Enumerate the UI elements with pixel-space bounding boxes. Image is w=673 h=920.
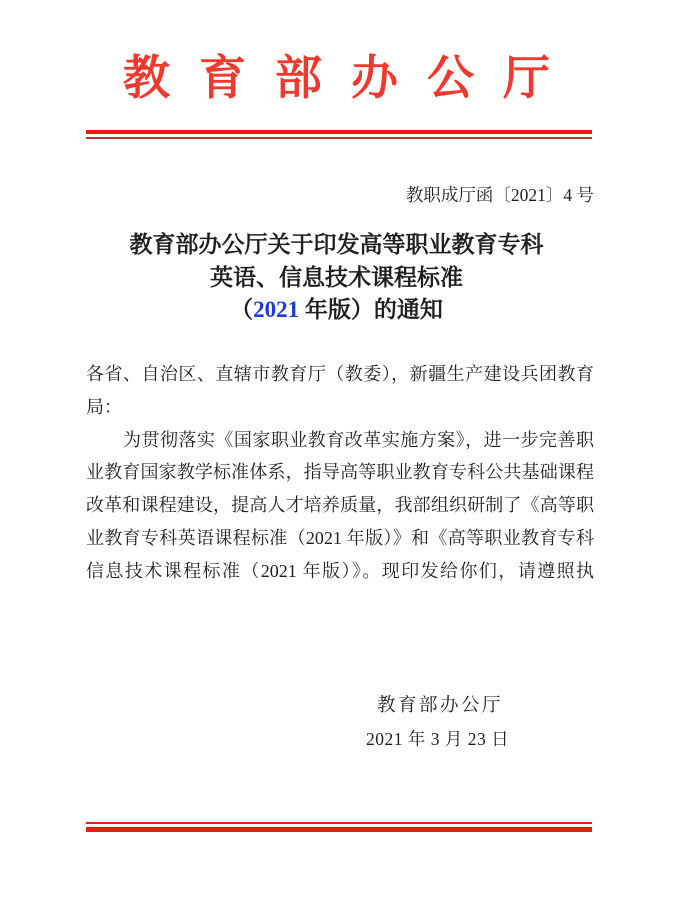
notice-title-line1: 教育部办公厅关于印发高等职业教育专科 [0, 229, 673, 262]
salutation-line: 局： [86, 391, 594, 424]
document-page: 教育部办公厅 教职成厅函〔2021〕4 号 教育部办公厅关于印发高等职业教育专科… [0, 0, 673, 920]
paragraph-line: 业教育国家教学标准体系，指导高等职业教育专科公共基础课程 [86, 456, 594, 489]
notice-title-line3: （2021 年版）的通知 [0, 294, 673, 327]
header-rule-thick [86, 130, 592, 134]
letterhead-title: 教育部办公厅 [0, 50, 673, 109]
paragraph-line: 为贯彻落实《国家职业教育改革实施方案》，进一步完善职 [86, 424, 594, 457]
salutation-line: 各省、自治区、直辖市教育厅（教委），新疆生产建设兵团教育 [86, 358, 594, 391]
body-text: 各省、自治区、直辖市教育厅（教委），新疆生产建设兵团教育 局： 为贯彻落实《国家… [86, 358, 594, 588]
signature-organization: 教育部办公厅 [377, 691, 503, 717]
paragraph-line: 业教育专科英语课程标准（2021 年版）》和《高等职业教育专科 [86, 522, 594, 555]
footer-rule-thick [86, 827, 592, 832]
notice-title-year: 2021 [253, 297, 299, 322]
signature-date: 2021 年 3 月 23 日 [366, 726, 509, 751]
paragraph-line: 改革和课程建设，提高人才培养质量，我部组织研制了《高等职 [86, 489, 594, 522]
notice-title: 教育部办公厅关于印发高等职业教育专科 英语、信息技术课程标准 （2021 年版）… [0, 229, 673, 327]
notice-title-line3-open: （ [230, 297, 253, 322]
header-rule-thin [86, 137, 592, 139]
notice-title-line3-rest: 年版）的通知 [299, 297, 443, 322]
footer-rule-thin [86, 822, 592, 824]
paragraph-line: 信息技术课程标准（2021 年版）》。现印发给你们，请遵照执行。 [86, 555, 594, 588]
notice-title-line2: 英语、信息技术课程标准 [0, 262, 673, 295]
document-number: 教职成厅函〔2021〕4 号 [406, 183, 594, 207]
